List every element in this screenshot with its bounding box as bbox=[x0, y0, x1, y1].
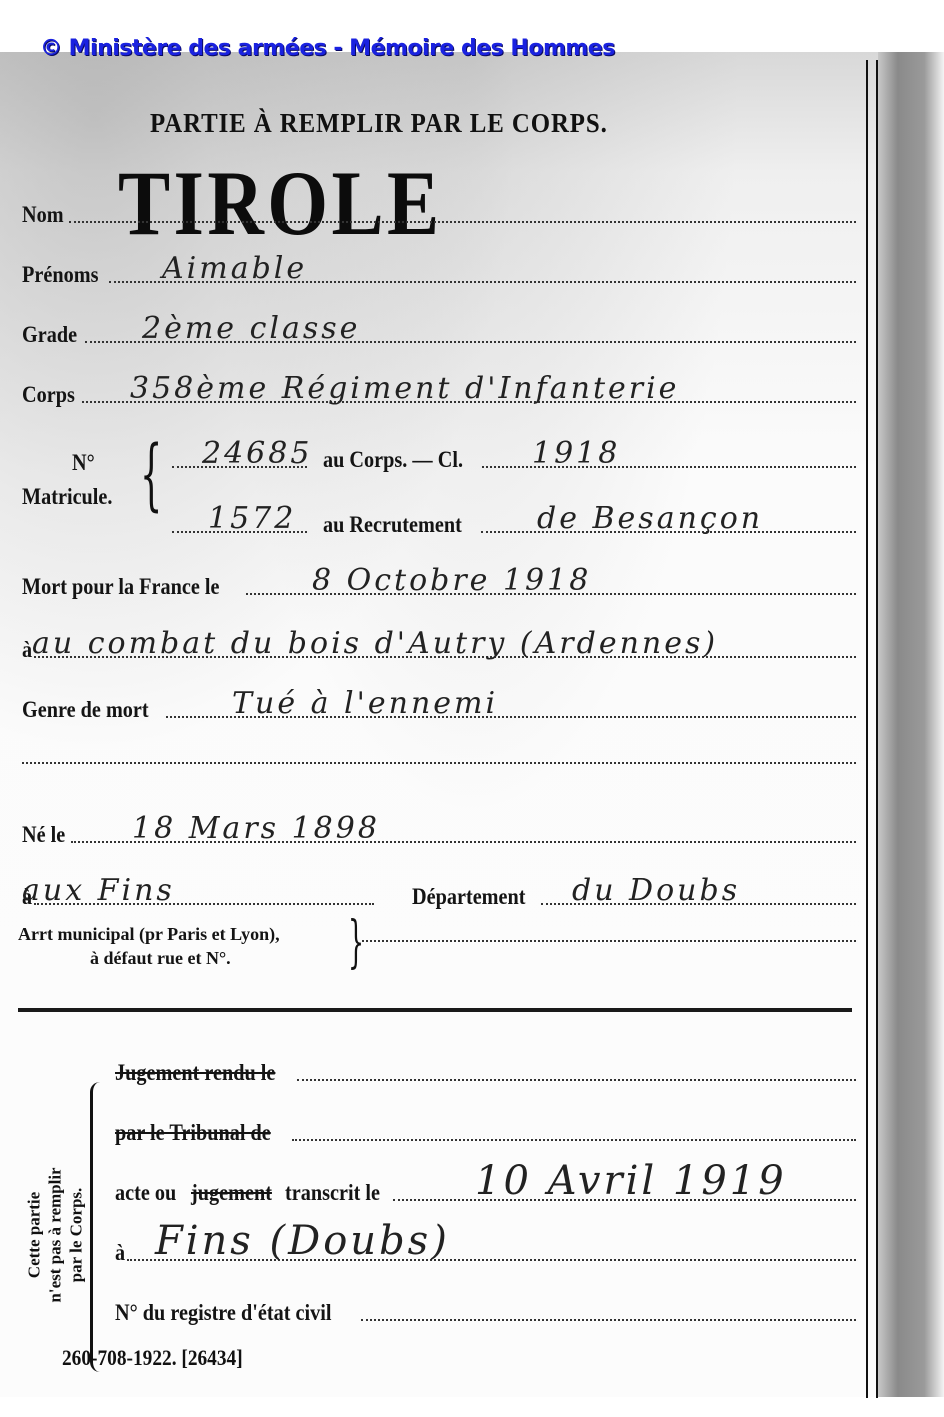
au-recrutement-label: au Recrutement bbox=[323, 512, 462, 538]
mort-row: Mort pour la France le 8 Octobre 1918 bbox=[22, 574, 856, 600]
arrondissement-label: Arrt municipal (pr Paris et Lyon), à déf… bbox=[18, 922, 280, 970]
grade-value: 2ème classe bbox=[142, 311, 360, 346]
prenoms-label: Prénoms bbox=[22, 262, 98, 288]
form-print-code: 260-708-1922. [26434] bbox=[62, 1345, 243, 1371]
tribunal-label: par le Tribunal de bbox=[115, 1120, 271, 1146]
corps-label: Corps bbox=[22, 382, 75, 408]
ne-le-label: Né le bbox=[22, 822, 65, 848]
scan-edge-shadow bbox=[878, 52, 944, 1397]
matricule-recrutement-number: 1572 bbox=[208, 501, 296, 536]
grade-row: Grade 2ème classe bbox=[22, 322, 856, 348]
section-divider bbox=[18, 1008, 852, 1012]
matricule-label-bottom: Matricule. bbox=[22, 484, 112, 510]
corps-value: 358ème Régiment d'Infanterie bbox=[130, 371, 679, 406]
transcrit-label-struck: jugement bbox=[191, 1180, 272, 1206]
lieu-mort-value: au combat du bois d'Autry (Ardennes) bbox=[32, 626, 718, 661]
transcrit-label-prefix: acte ou bbox=[115, 1180, 176, 1206]
registre-row: N° du registre d'état civil bbox=[115, 1300, 856, 1326]
death-record-document: PARTIE À REMPLIR PAR LE CORPS. TIROLE No… bbox=[0, 52, 944, 1397]
departement-label: Département bbox=[412, 884, 526, 910]
jugement-row: Jugement rendu le bbox=[115, 1060, 856, 1086]
side-note-brace bbox=[90, 1082, 103, 1372]
matricule-recrutement-row: au Recrutement 1572 de Besançon bbox=[172, 512, 856, 538]
prenoms-row: Prénoms Aimable bbox=[22, 262, 856, 288]
transcrit-row: acte ou jugement transcrit le 10 Avril 1… bbox=[115, 1180, 856, 1206]
mort-label: Mort pour la France le bbox=[22, 574, 219, 600]
ne-le-row: Né le 18 Mars 1898 bbox=[22, 822, 856, 848]
nom-label: Nom bbox=[22, 202, 64, 228]
lieu-naissance-row: à aux Fins bbox=[22, 884, 374, 910]
copyright-watermark: © Ministère des armées - Mémoire des Hom… bbox=[40, 36, 615, 61]
matricule-corps-number: 24685 bbox=[202, 436, 312, 471]
grade-label: Grade bbox=[22, 322, 77, 348]
ne-le-value: 18 Mars 1898 bbox=[132, 811, 380, 846]
matricule-corps-row: au Corps. — Cl. 24685 1918 bbox=[172, 447, 856, 473]
lieu-mort-row: à au combat du bois d'Autry (Ardennes) bbox=[22, 637, 856, 663]
side-note: Cette partie n'est pas à remplir par le … bbox=[10, 1142, 100, 1327]
corps-row: Corps 358ème Régiment d'Infanterie bbox=[22, 382, 856, 408]
genre-mort-value: Tué à l'ennemi bbox=[232, 686, 498, 721]
lieu-transcrit-row: à Fins (Doubs) bbox=[115, 1240, 856, 1266]
matricule-label-top: N° bbox=[72, 450, 95, 476]
frame-double-rule bbox=[866, 60, 878, 1398]
transcrit-date-value: 10 Avril 1919 bbox=[475, 1158, 787, 1204]
mort-date-value: 8 Octobre 1918 bbox=[312, 563, 591, 598]
lieu-mort-label: à bbox=[22, 637, 32, 663]
genre-mort-row: Genre de mort Tué à l'ennemi bbox=[22, 697, 856, 723]
jugement-label: Jugement rendu le bbox=[115, 1060, 275, 1086]
transcrit-label-suffix: transcrit le bbox=[285, 1180, 380, 1206]
matricule-brace: { bbox=[140, 430, 162, 520]
lieu-transcrit-label: à bbox=[115, 1240, 125, 1266]
lieu-naissance-value: aux Fins bbox=[22, 873, 175, 908]
arrondissement-row bbox=[362, 940, 856, 947]
recrutement-value: de Besançon bbox=[537, 501, 763, 536]
departement-value: du Doubs bbox=[572, 873, 740, 908]
form-header: PARTIE À REMPLIR PAR LE CORPS. bbox=[150, 108, 608, 139]
genre-mort-label: Genre de mort bbox=[22, 697, 149, 723]
au-corps-label: au Corps. — Cl. bbox=[323, 447, 463, 473]
lieu-transcrit-value: Fins (Doubs) bbox=[155, 1218, 450, 1264]
blank-row bbox=[22, 762, 856, 769]
prenoms-value: Aimable bbox=[162, 251, 307, 286]
tribunal-row: par le Tribunal de bbox=[115, 1120, 856, 1146]
departement-row: Département du Doubs bbox=[412, 884, 856, 910]
registre-label: N° du registre d'état civil bbox=[115, 1300, 331, 1326]
nom-row: Nom bbox=[22, 202, 856, 228]
classe-value: 1918 bbox=[532, 436, 620, 471]
